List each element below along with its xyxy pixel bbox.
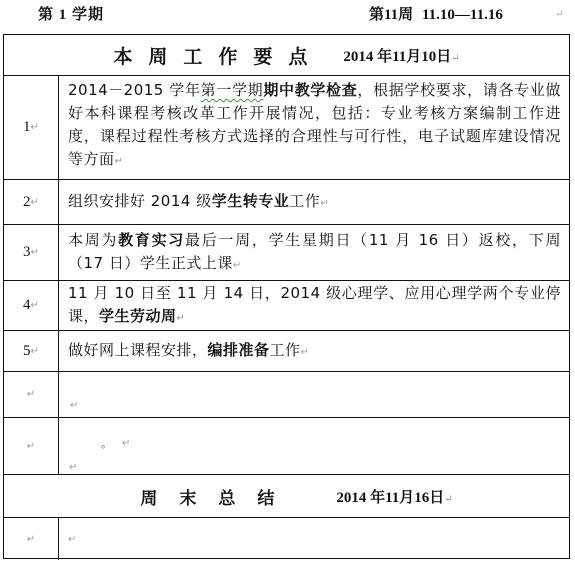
summary-content[interactable]: ↵ [59,518,569,560]
item-content[interactable]: 做好网上课程安排，编排准备工作↵ [59,331,569,371]
summary-title: 周末总结 [140,484,296,509]
plan-item-row: 3↵ 本周为教育实习最后一周，学生星期日（11 月 16 日）返校，下周（17 … [4,225,569,281]
document-top-line: 第 1 学期 第11周 11.10—11.16 ↵ [0,4,575,26]
week-label: 第11周 [369,4,413,26]
item-content[interactable]: 。 ↵ ↵ [59,418,569,474]
paragraph-mark-icon: ↵ [27,534,35,545]
plan-item-row: 5↵ 做好网上课程安排，编排准备工作↵ [4,331,569,372]
paragraph-mark-icon: ↵ [27,441,35,452]
item-number: 5↵ [4,331,59,371]
term-label: 第 1 学期 [38,4,104,26]
spellcheck-underline: 第一学期 [201,81,264,99]
item-content[interactable]: ↵ [59,372,569,417]
summary-header-row: 周末总结 2014 年11月16日↵ [4,475,569,518]
summary-date: 2014 年11月16日↵ [336,486,452,507]
item-number: 2↵ [4,180,59,224]
item-number: 1↵ [4,76,59,179]
paragraph-mark-icon: ↵ [444,494,452,505]
item-content[interactable]: 11 月 10 日至 11 月 14 日，2014 级心理学、应用心理学两个专业… [59,281,569,330]
plan-item-row: 4↵ 11 月 10 日至 11 月 14 日，2014 级心理学、应用心理学两… [4,281,569,331]
item-number: ↵ [4,418,59,474]
item-content[interactable]: 2014－2015 学年第一学期期中教学检查，根据学校要求，请各专业做好本科课程… [59,76,569,179]
paragraph-mark-icon: ↵ [68,528,76,551]
paragraph-mark-icon: ↵ [70,394,79,417]
item-number: ↵ [4,372,59,417]
empty-item-row: ↵ ↵ [4,372,569,418]
summary-row: ↵ ↵ [4,518,569,560]
plan-item-row: 1↵ 2014－2015 学年第一学期期中教学检查，根据学校要求，请各专业做好本… [4,76,569,180]
stray-punctuation: 。 [101,432,113,455]
item-number: 3↵ [4,225,59,280]
plan-item-row: 2↵ 组织安排好 2014 级学生转专业工作↵ [4,180,569,225]
paragraph-mark-icon: ↵ [27,389,35,400]
plan-header-title: 本周工作要点 [113,42,323,69]
item-number: 4↵ [4,281,59,330]
item-content[interactable]: 组织安排好 2014 级学生转专业工作↵ [59,180,569,224]
paragraph-mark-icon: ↵ [555,4,563,26]
item-number: ↵ [4,518,59,560]
plan-header-date: 2014 年11月10日↵ [343,45,459,66]
item-content[interactable]: 本周为教育实习最后一周，学生星期日（11 月 16 日）返校，下周（17 日）学… [59,225,569,280]
empty-item-row: ↵ 。 ↵ ↵ [4,418,569,475]
paragraph-mark-icon: ↵ [122,432,131,455]
week-range: 11.10—11.16 [422,4,503,26]
plan-header-row: 本周工作要点 2014 年11月10日↵ [4,35,569,76]
weekly-plan-table: 本周工作要点 2014 年11月10日↵ 1↵ 2014－2015 学年第一学期… [3,34,570,559]
paragraph-mark-icon: ↵ [451,53,459,64]
